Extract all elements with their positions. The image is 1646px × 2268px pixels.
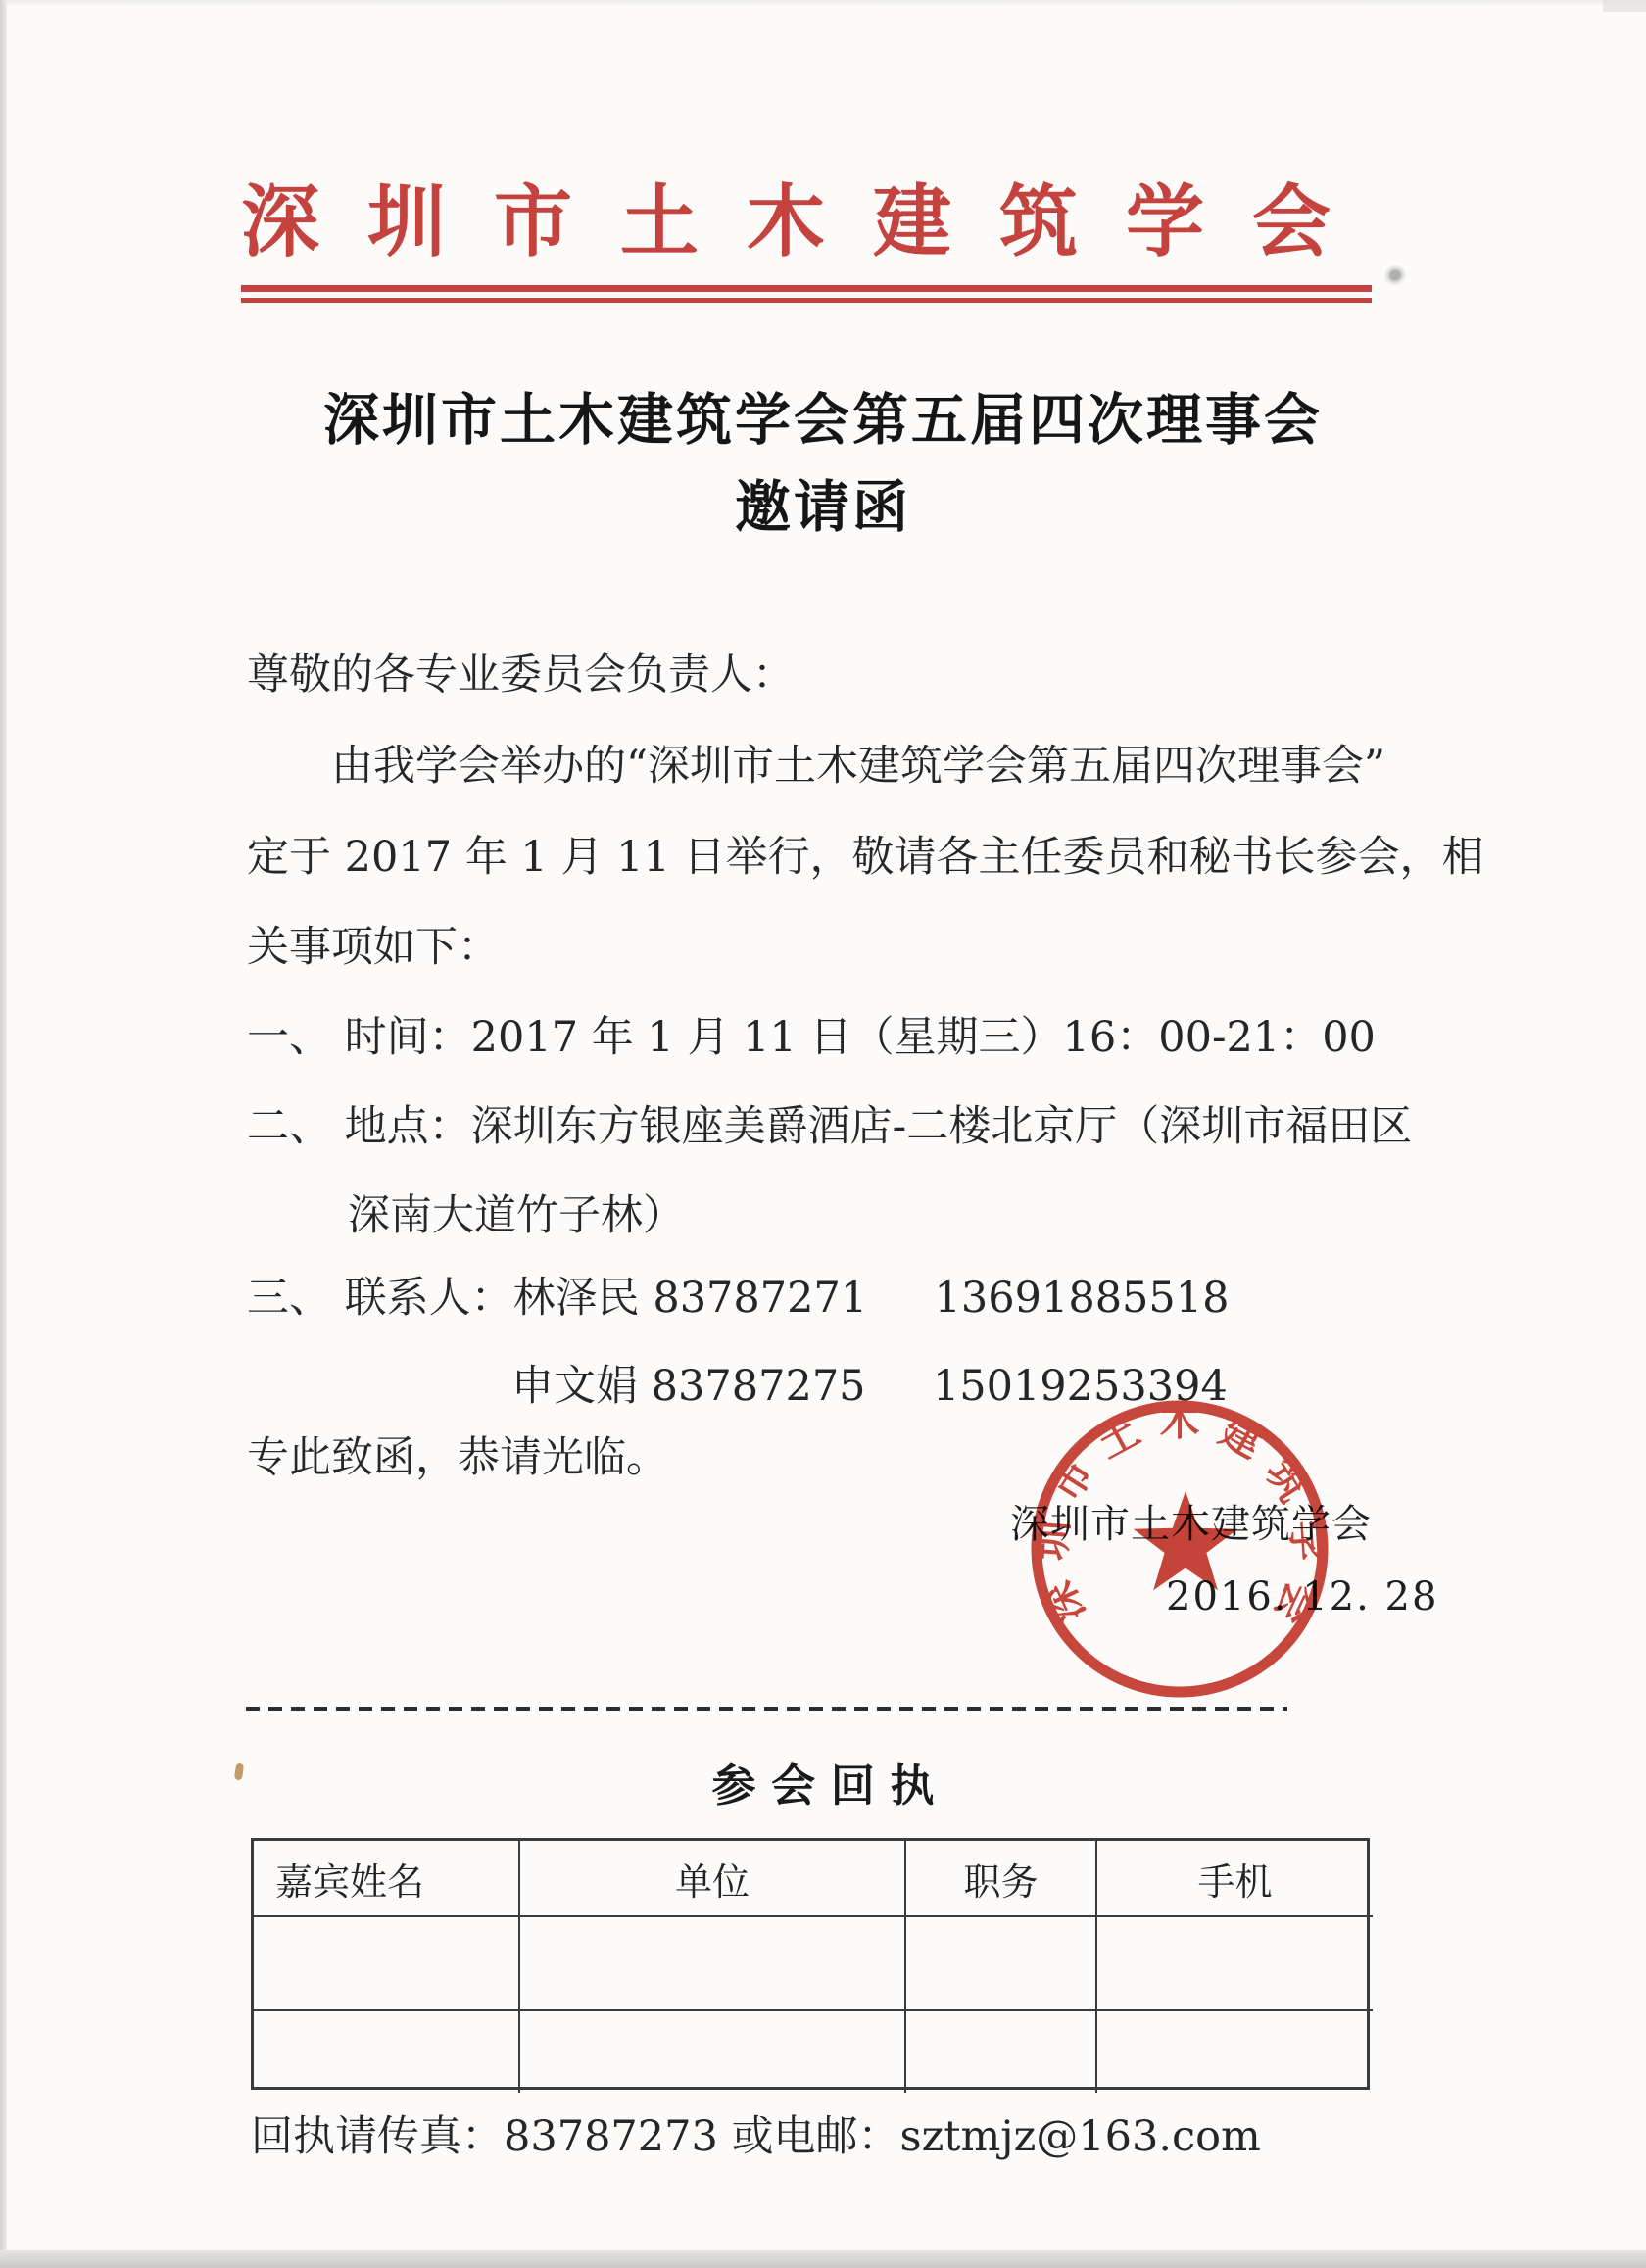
table-cell-empty — [1097, 1917, 1373, 2011]
table-cell-empty — [906, 1917, 1097, 2011]
paragraph-line: 由我学会举办的“深圳市土木建筑学会第五届四次理事会” — [331, 741, 1385, 792]
stamp-star-icon — [1134, 1491, 1238, 1590]
list-item-contact-1: 三、 联系人：林泽民 83787271 13691885518 — [247, 1273, 1229, 1324]
list-item-place: 二、 地点：深圳东方银座美爵酒店-二楼北京厅（深圳市福田区 — [247, 1101, 1412, 1152]
document-title-line1: 深圳市土木建筑学会第五届四次理事会 — [0, 392, 1646, 448]
scan-edge-left — [0, 0, 7, 2268]
letterhead-org-name: 深圳市土木建筑学会 — [241, 182, 1378, 261]
table-header-guest-name: 嘉宾姓名 — [254, 1841, 520, 1917]
paragraph-line: 定于 2017 年 1 月 11 日举行，敬请各主任委员和秘书长参会，相 — [247, 832, 1484, 883]
table-cell-empty — [1097, 2011, 1373, 2093]
scan-smudge — [1380, 262, 1410, 290]
table-cell-empty — [254, 1917, 520, 2011]
dashed-divider — [246, 1707, 1287, 1711]
list-item-time: 一、 时间：2017 年 1 月 11 日（星期三）16：00-21：00 — [247, 1012, 1376, 1063]
scanned-invitation-letter: 深圳市土木建筑学会 深圳市土木建筑学会第五届四次理事会 邀请函 尊敬的各专业委员… — [0, 0, 1646, 2268]
table-cell-empty — [520, 2011, 906, 2093]
document-title-line2: 邀请函 — [0, 479, 1646, 535]
table-cell-empty — [520, 1917, 906, 2011]
letterhead-underline-top — [241, 285, 1372, 292]
scan-edge-top — [0, 0, 1646, 6]
official-seal-stamp: 深圳市土木建筑学会 — [1027, 1397, 1334, 1705]
letterhead-underline-bottom — [241, 298, 1372, 303]
reply-slip-title: 参 会 回 执 — [0, 1750, 1646, 1813]
reply-slip-table: 嘉宾姓名 单位 职务 手机 — [251, 1838, 1370, 2090]
paragraph-line: 关事项如下： — [247, 922, 500, 973]
salutation: 尊敬的各专业委员会负责人： — [247, 650, 795, 700]
list-item-place-cont: 深南大道竹子林） — [348, 1190, 685, 1241]
table-header-position: 职务 — [906, 1841, 1097, 1917]
scan-edge-bottom — [0, 2250, 1646, 2268]
table-header-organization: 单位 — [520, 1841, 906, 1917]
scan-edge-corner — [1603, 0, 1646, 12]
closing-line: 专此致函，恭请光临。 — [247, 1432, 668, 1483]
reply-footer-contact: 回执请传真：83787273 或电邮：sztmjz@163.com — [251, 2103, 1261, 2163]
table-cell-empty — [906, 2011, 1097, 2093]
table-cell-empty — [254, 2011, 520, 2093]
table-header-mobile: 手机 — [1097, 1841, 1373, 1917]
